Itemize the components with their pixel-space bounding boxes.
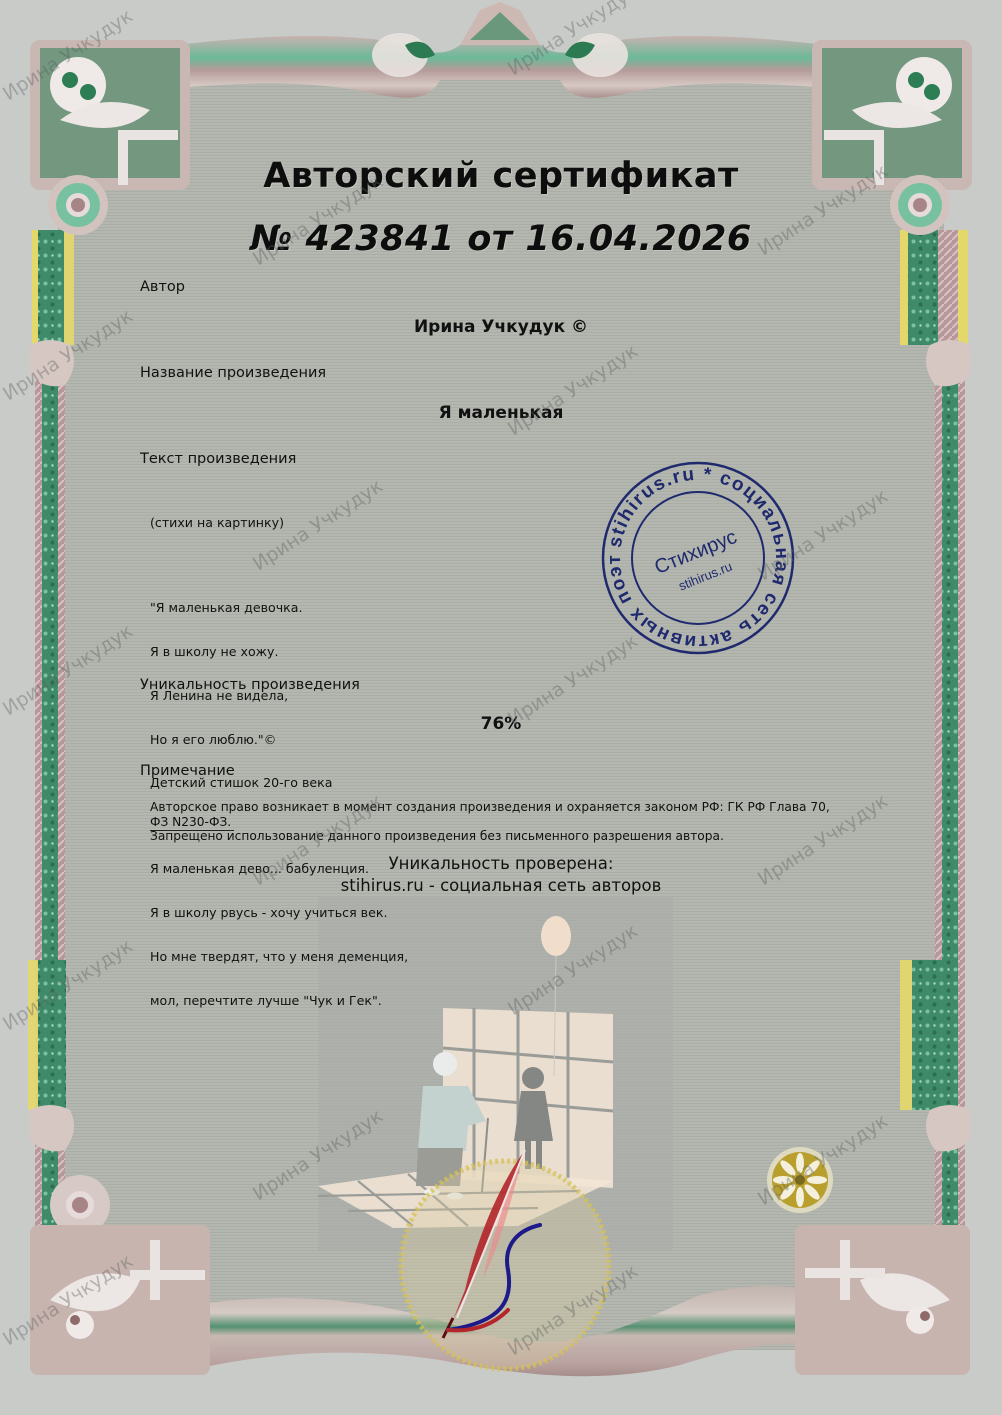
work-title: Я маленькая [0, 403, 1002, 423]
poem-line: (стихи на картинку) [150, 516, 408, 531]
note-line: Авторское право возникает в момент созда… [150, 800, 850, 829]
verification-line-1: Уникальность проверена: [0, 854, 1002, 873]
poem-line: Я в школу рвусь - хочу учиться век. [150, 906, 408, 921]
verification-line-2: stihirus.ru - социальная сеть авторов [0, 876, 1002, 895]
author-label: Автор [140, 279, 185, 295]
note-line: Запрещено использование данного произвед… [150, 829, 850, 844]
poem-line: Но мне твердят, что у меня деменция, [150, 950, 408, 965]
poem-line: Я в школу не хожу. [150, 645, 408, 660]
uniqueness-label: Уникальность произведения [140, 677, 360, 693]
note-label: Примечание [140, 763, 235, 779]
poem-line: Но я его люблю."© [150, 733, 408, 748]
work-title-label: Название произведения [140, 365, 326, 381]
note-text: Авторское право возникает в момент созда… [150, 800, 850, 844]
certificate-number-date: № 423841 от 16.04.2026 [0, 219, 1002, 259]
work-text-label: Текст произведения [140, 451, 296, 467]
poem-line: мол, перечтите лучше "Чук и Гек". [150, 994, 408, 1009]
certificate-body: Авторский сертификат № 423841 от 16.04.2… [0, 0, 1002, 1415]
certificate-title: Авторский сертификат [0, 156, 1002, 196]
round-seal-icon: stihirus.ru * социальная сеть активных п… [598, 458, 798, 658]
poem-line: "Я маленькая девочка. [150, 601, 408, 616]
uniqueness-value: 76% [0, 714, 1002, 734]
author-name: Ирина Учкудук © [0, 317, 1002, 337]
